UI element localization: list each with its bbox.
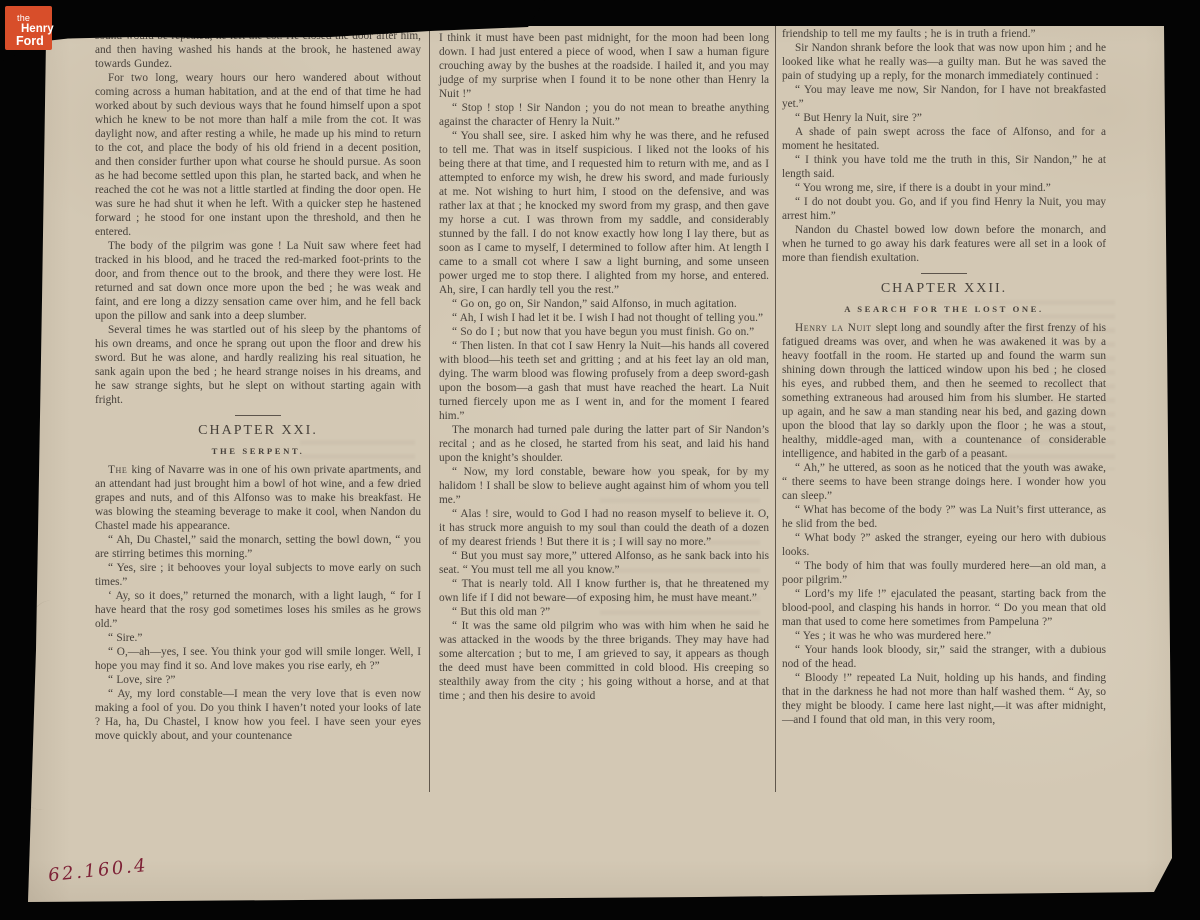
paragraph: Sir Nandon shrank before the look that w… (782, 41, 1106, 83)
paragraph: “ I do not doubt you. Go, and if you fin… (782, 195, 1106, 223)
paragraph: “ But this old man ?” (439, 605, 769, 619)
paragraph: ‘ Ay, so it does,” returned the monarch,… (95, 589, 421, 631)
paragraph: “ Alas ! sire, would to God I had no rea… (439, 507, 769, 549)
paragraph: “ What body ?” asked the stranger, eyein… (782, 531, 1106, 559)
section-divider (235, 415, 281, 416)
chapter-heading: CHAPTER XXII. (782, 281, 1106, 297)
paper-crease (0, 597, 81, 774)
paragraph: “ Love, sire ?” (95, 673, 421, 687)
paragraph: “ Bloody !” repeated La Nuit, holding up… (782, 671, 1106, 727)
paragraph: “ Sire.” (95, 631, 421, 645)
logo-word-ford: Ford (16, 34, 44, 48)
paragraph: The body of the pilgrim was gone ! La Nu… (95, 239, 421, 323)
paragraph: “ Yes, sire ; it behooves your loyal sub… (95, 561, 421, 589)
text-column-3: friendship to tell me my faults ; he is … (782, 27, 1106, 727)
paragraph: “ It was the same old pilgrim who was wi… (439, 619, 769, 703)
column-rule-right (775, 24, 776, 792)
section-divider (921, 273, 967, 274)
paragraph: Nandon du Chastel bowed low down before … (782, 223, 1106, 265)
paragraph: “ Ay, my lord constable—I mean the very … (95, 687, 421, 743)
paragraph: The monarch had turned pale during the l… (439, 423, 769, 465)
paragraph: Henry la Nuit slept long and soundly aft… (782, 321, 1106, 461)
paragraph: “ O,—ah—yes, I see. You think your god w… (95, 645, 421, 673)
text-column-1: sound would be repeated, he left the cot… (95, 29, 421, 743)
paragraph: “ Ah, I wish I had let it be. I wish I h… (439, 311, 769, 325)
paragraph: “ Now, my lord constable, beware how you… (439, 465, 769, 507)
logo-word-the: the (17, 13, 30, 23)
paragraph: friendship to tell me my faults ; he is … (782, 27, 1106, 41)
scanned-page: sound would be repeated, he left the cot… (0, 0, 1200, 920)
paper-crease (0, 687, 79, 814)
paragraph: “ Yes ; it was he who was murdered here.… (782, 629, 1106, 643)
paragraph: sound would be repeated, he left the cot… (95, 29, 421, 71)
paragraph: “ That is nearly told. All I know furthe… (439, 577, 769, 605)
paragraph: “ Lord’s my life !” ejaculated the peasa… (782, 587, 1106, 629)
paragraph: “ So do I ; but now that you have begun … (439, 325, 769, 339)
paragraph: “ You wrong me, sire, if there is a doub… (782, 181, 1106, 195)
column-rule-left (429, 28, 430, 792)
paragraph: “ You may leave me now, Sir Nandon, for … (782, 83, 1106, 111)
paragraph: A shade of pain swept across the face of… (782, 125, 1106, 153)
paragraph: The king of Navarre was in one of his ow… (95, 463, 421, 533)
paragraph: “ Your hands look bloody, sir,” said the… (782, 643, 1106, 671)
chapter-subtitle: A SEARCH FOR THE LOST ONE. (782, 304, 1106, 314)
paragraph: “ What has become of the body ?” was La … (782, 503, 1106, 531)
paragraph: I think it must have been past midnight,… (439, 31, 769, 101)
paragraph: “ Stop ! stop ! Sir Nandon ; you do not … (439, 101, 769, 129)
paragraph: “ But you must say more,” uttered Alfons… (439, 549, 769, 577)
chapter-subtitle: THE SERPENT. (95, 446, 421, 456)
text-column-2: I think it must have been past midnight,… (439, 31, 769, 703)
paragraph: “ You shall see, sire. I asked him why h… (439, 129, 769, 297)
accession-number: 62.160.4 (47, 855, 149, 886)
paragraph: “ But Henry la Nuit, sire ?” (782, 111, 1106, 125)
paragraph: “ The body of him that was foully murder… (782, 559, 1106, 587)
paragraph: For two long, weary hours our hero wande… (95, 71, 421, 239)
chapter-heading: CHAPTER XXI. (95, 423, 421, 439)
paragraph: “ I think you have told me the truth in … (782, 153, 1106, 181)
scan-background: { "branding": { "the": "the", "line1": "… (0, 0, 1200, 920)
paragraph: “ Ah, Du Chastel,” said the monarch, set… (95, 533, 421, 561)
paragraph: “ Then listen. In that cot I saw Henry l… (439, 339, 769, 423)
small-caps-lead: Henry la Nuit (795, 322, 876, 334)
henry-ford-logo: the Henry Ford (5, 6, 52, 50)
paragraph: Several times he was startled out of his… (95, 323, 421, 407)
small-caps-lead: The (108, 464, 132, 476)
paragraph: “ Go on, go on, Sir Nandon,” said Alfons… (439, 297, 769, 311)
paragraph: “ Ah,” he uttered, as soon as he noticed… (782, 461, 1106, 503)
